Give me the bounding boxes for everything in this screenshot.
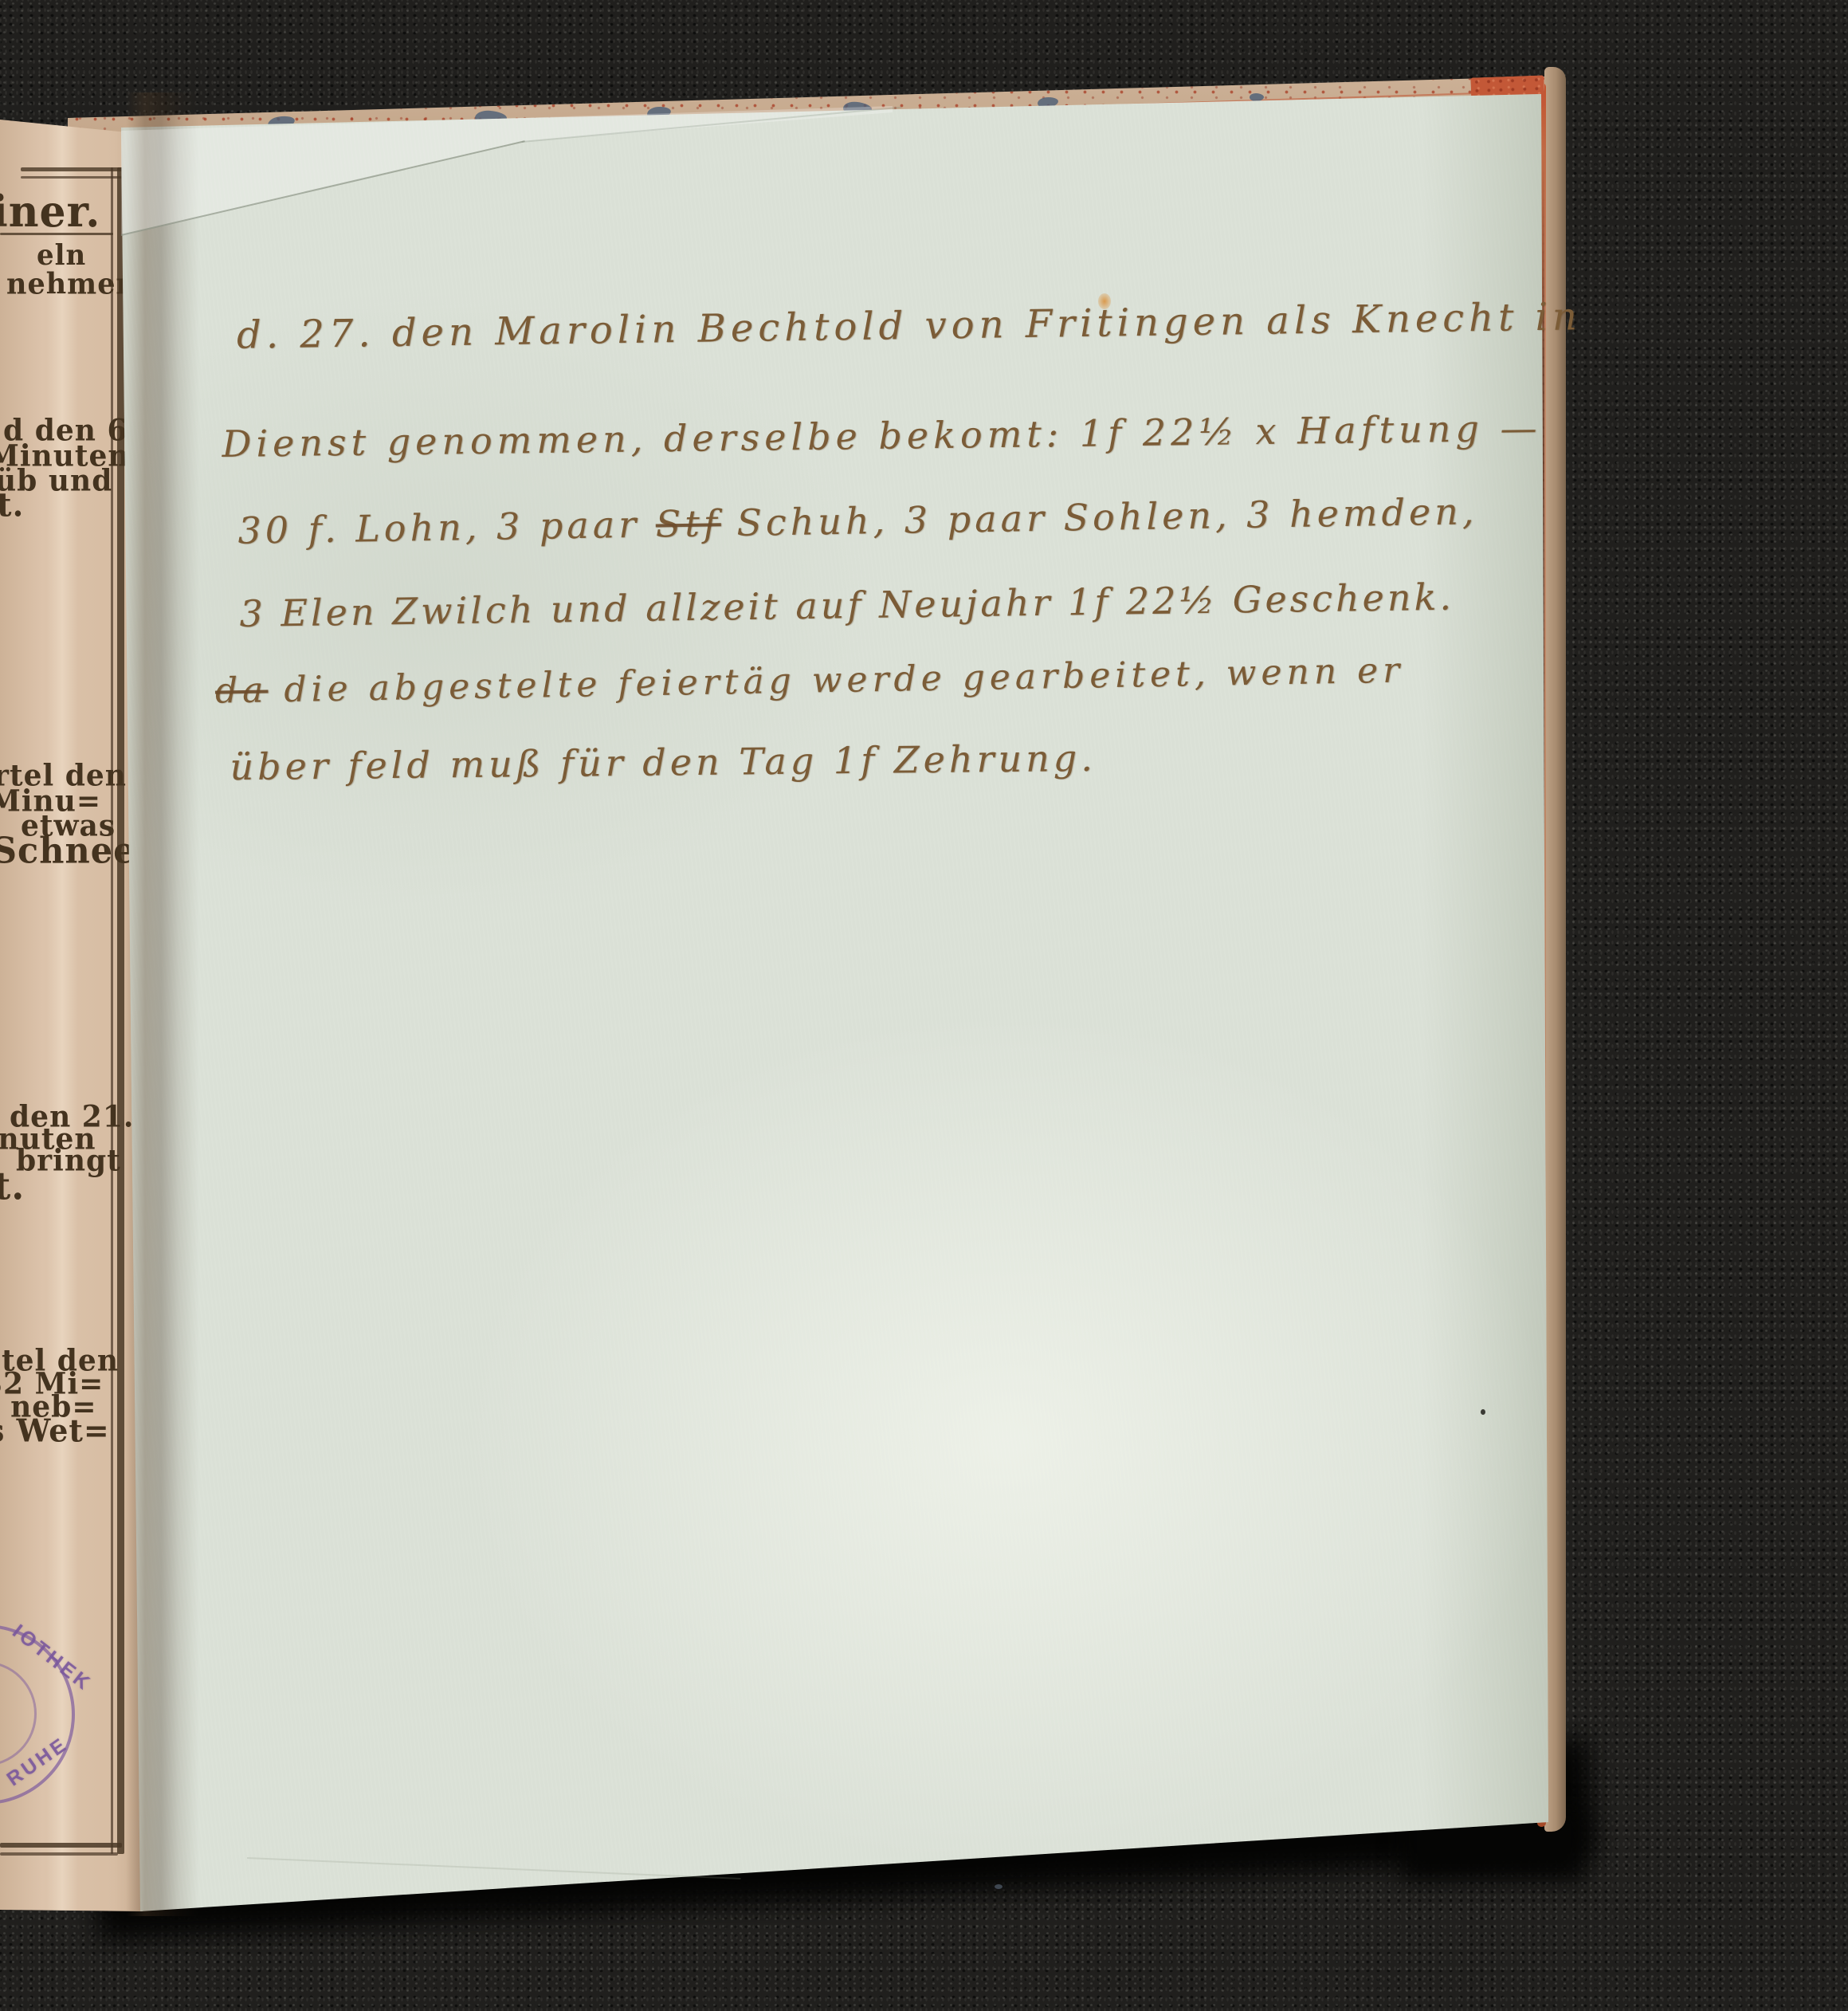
struck-word: Stf	[655, 501, 721, 545]
print-fragment: t.	[0, 485, 24, 524]
library-stamp: IOTHEK RUHE	[0, 1624, 73, 1803]
print-fragment: bringt	[16, 1143, 121, 1178]
print-fragment: s Wet=	[0, 1412, 110, 1449]
print-fragment: iner.	[0, 187, 100, 237]
paper-speck	[1098, 293, 1111, 309]
print-frame-bottom-line-2	[0, 1852, 118, 1856]
print-fragment: t.	[0, 1164, 25, 1208]
manuscript-text: über feld muß für den Tag 1f Zehrung.	[230, 736, 1097, 788]
print-frame-bottom-line	[0, 1843, 122, 1848]
photographed-open-book: iner. eln nehmen. d den 6. Minuten üb un…	[0, 0, 1848, 2011]
manuscript-text: d. 27. den Marolin Bechtold von Fritinge…	[237, 294, 1583, 358]
manuscript-line: über feld muß für den Tag 1f Zehrung.	[167, 693, 1097, 832]
paper-speck	[1481, 1409, 1485, 1415]
paper-speck	[995, 1884, 1002, 1889]
